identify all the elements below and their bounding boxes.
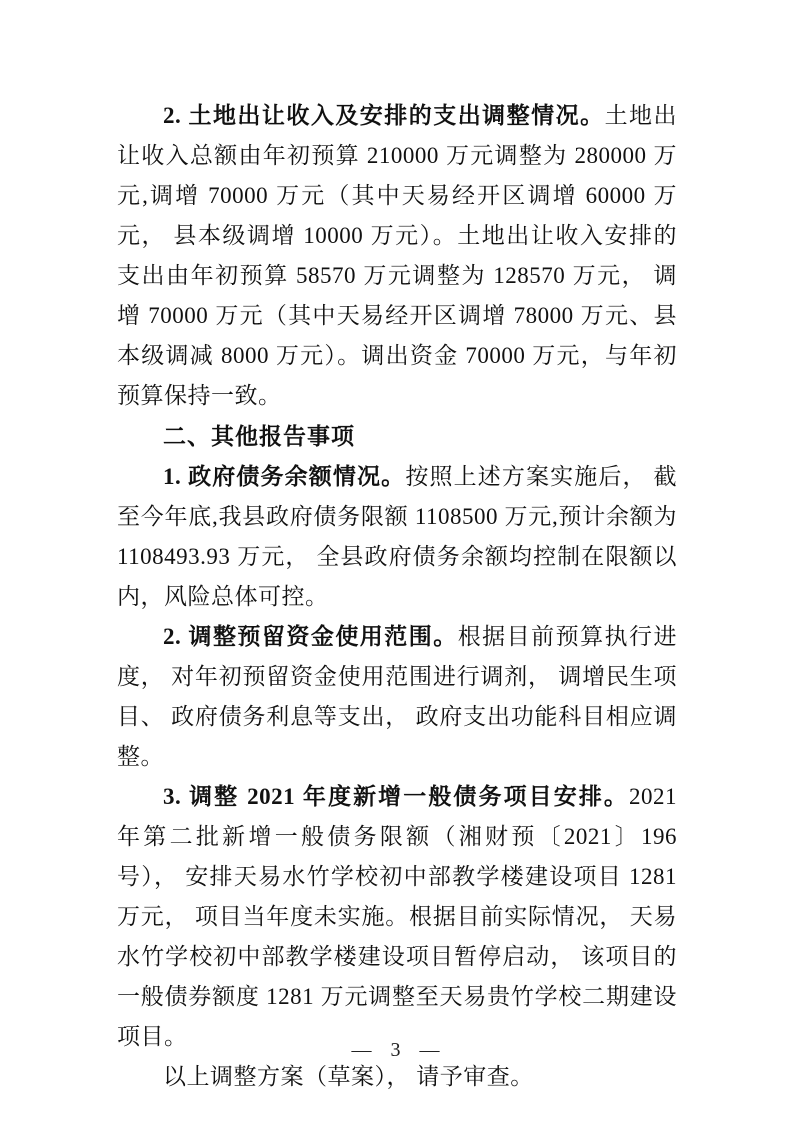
paragraph-new-debt-projects: 3. 调整 2021 年度新增一般债务项目安排。2021 年第二批新增一般债务限… bbox=[117, 777, 677, 1057]
paragraph-land-revenue: 2. 土地出让收入及安排的支出调整情况。土地出让收入总额由年初预算 210000… bbox=[117, 96, 677, 416]
paragraph-body: 土地出让收入总额由年初预算 210000 万元调整为 280000 万元,调增 … bbox=[117, 103, 677, 408]
paragraph-debt-balance: 1. 政府债务余额情况。按照上述方案实施后， 截至今年底,我县政府债务限额 11… bbox=[117, 457, 677, 617]
page-number: — 3 — bbox=[0, 1036, 793, 1064]
paragraph-body: 以上调整方案（草案）， 请予审查。 bbox=[163, 1064, 534, 1089]
paragraph-reserved-funds: 2. 调整预留资金使用范围。根据目前预算执行进度， 对年初预留资金使用范围进行调… bbox=[117, 617, 677, 777]
paragraph-lead: 3. 调整 2021 年度新增一般债务项目安排。 bbox=[163, 784, 629, 809]
paragraph-lead: 2. 调整预留资金使用范围。 bbox=[163, 624, 458, 649]
paragraph-lead: 二、其他报告事项 bbox=[163, 423, 355, 449]
document-page: 2. 土地出让收入及安排的支出调整情况。土地出让收入总额由年初预算 210000… bbox=[0, 0, 793, 1122]
paragraph-body: 2021 年第二批新增一般债务限额（湘财预〔2021〕196 号）， 安排天易水… bbox=[117, 784, 677, 1049]
section-heading-other-items: 二、其他报告事项 bbox=[117, 416, 677, 457]
paragraph-lead: 1. 政府债务余额情况。 bbox=[163, 464, 405, 489]
paragraph-lead: 2. 土地出让收入及安排的支出调整情况。 bbox=[163, 103, 605, 128]
document-body: 2. 土地出让收入及安排的支出调整情况。土地出让收入总额由年初预算 210000… bbox=[117, 96, 677, 1097]
